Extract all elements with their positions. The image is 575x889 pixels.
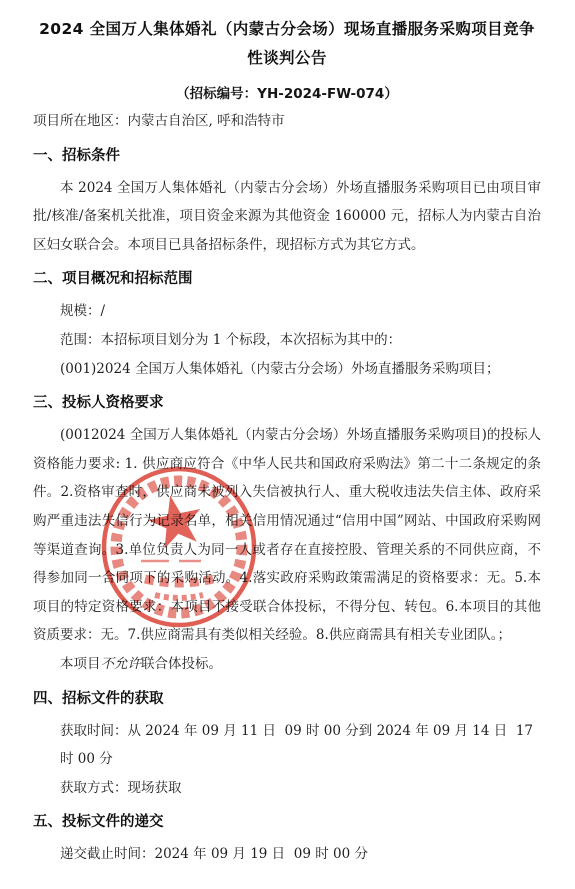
acquisition-method-line: 获取方式：现场获取 [33, 774, 541, 803]
section-heading-bidder-qualifications: 三、投标人资格要求 [33, 388, 541, 418]
tender-announcement-page: 2024 全国万人集体婚礼（内蒙古分会场）现场直播服务采购项目竞争性谈判公告 （… [0, 0, 575, 889]
project-location: 项目所在地区：内蒙古自治区, 呼和浩特市 [33, 107, 541, 136]
no-consortium-suffix: 联合体投标。 [141, 656, 222, 672]
no-consortium-prefix: 本项目 [60, 656, 101, 672]
section-heading-project-overview: 二、项目概况和招标范围 [33, 264, 541, 294]
section-heading-tender-conditions: 一、招标条件 [33, 141, 541, 171]
tender-conditions-paragraph: 本 2024 全国万人集体婚礼（内蒙古分会场）外场直播服务采购项目已由项目审批/… [33, 174, 541, 260]
section-heading-bid-submission: 五、投标文件的递交 [33, 807, 541, 837]
project-scope-line: 范围：本招标项目划分为 1 个标段，本次招标为其中的： [33, 326, 541, 355]
document-content: 2024 全国万人集体婚礼（内蒙古分会场）现场直播服务采购项目竞争性谈判公告 （… [33, 15, 541, 869]
no-consortium-line: 本项目不允许联合体投标。 [33, 650, 541, 679]
document-title: 2024 全国万人集体婚礼（内蒙古分会场）现场直播服务采购项目竞争性谈判公告 [33, 15, 541, 73]
tender-number: （招标编号：YH-2024-FW-074） [33, 81, 541, 107]
submission-deadline-line: 递交截止时间：2024 年 09 月 19 日 09 时 00 分 [33, 840, 541, 869]
project-lot-line: (001)2024 全国万人集体婚礼（内蒙古分会场）外场直播服务采购项目； [33, 355, 541, 384]
section-heading-document-acquisition: 四、招标文件的获取 [33, 684, 541, 714]
no-consortium-emphasis: 不允许 [101, 656, 142, 672]
project-scale-line: 规模：/ [33, 297, 541, 326]
bidder-qualifications-paragraph: (0012024 全国万人集体婚礼（内蒙古分会场）外场直播服务采购项目)的投标人… [33, 421, 541, 650]
acquisition-time-line: 获取时间：从 2024 年 09 月 11 日 09 时 00 分到 2024 … [33, 717, 541, 774]
